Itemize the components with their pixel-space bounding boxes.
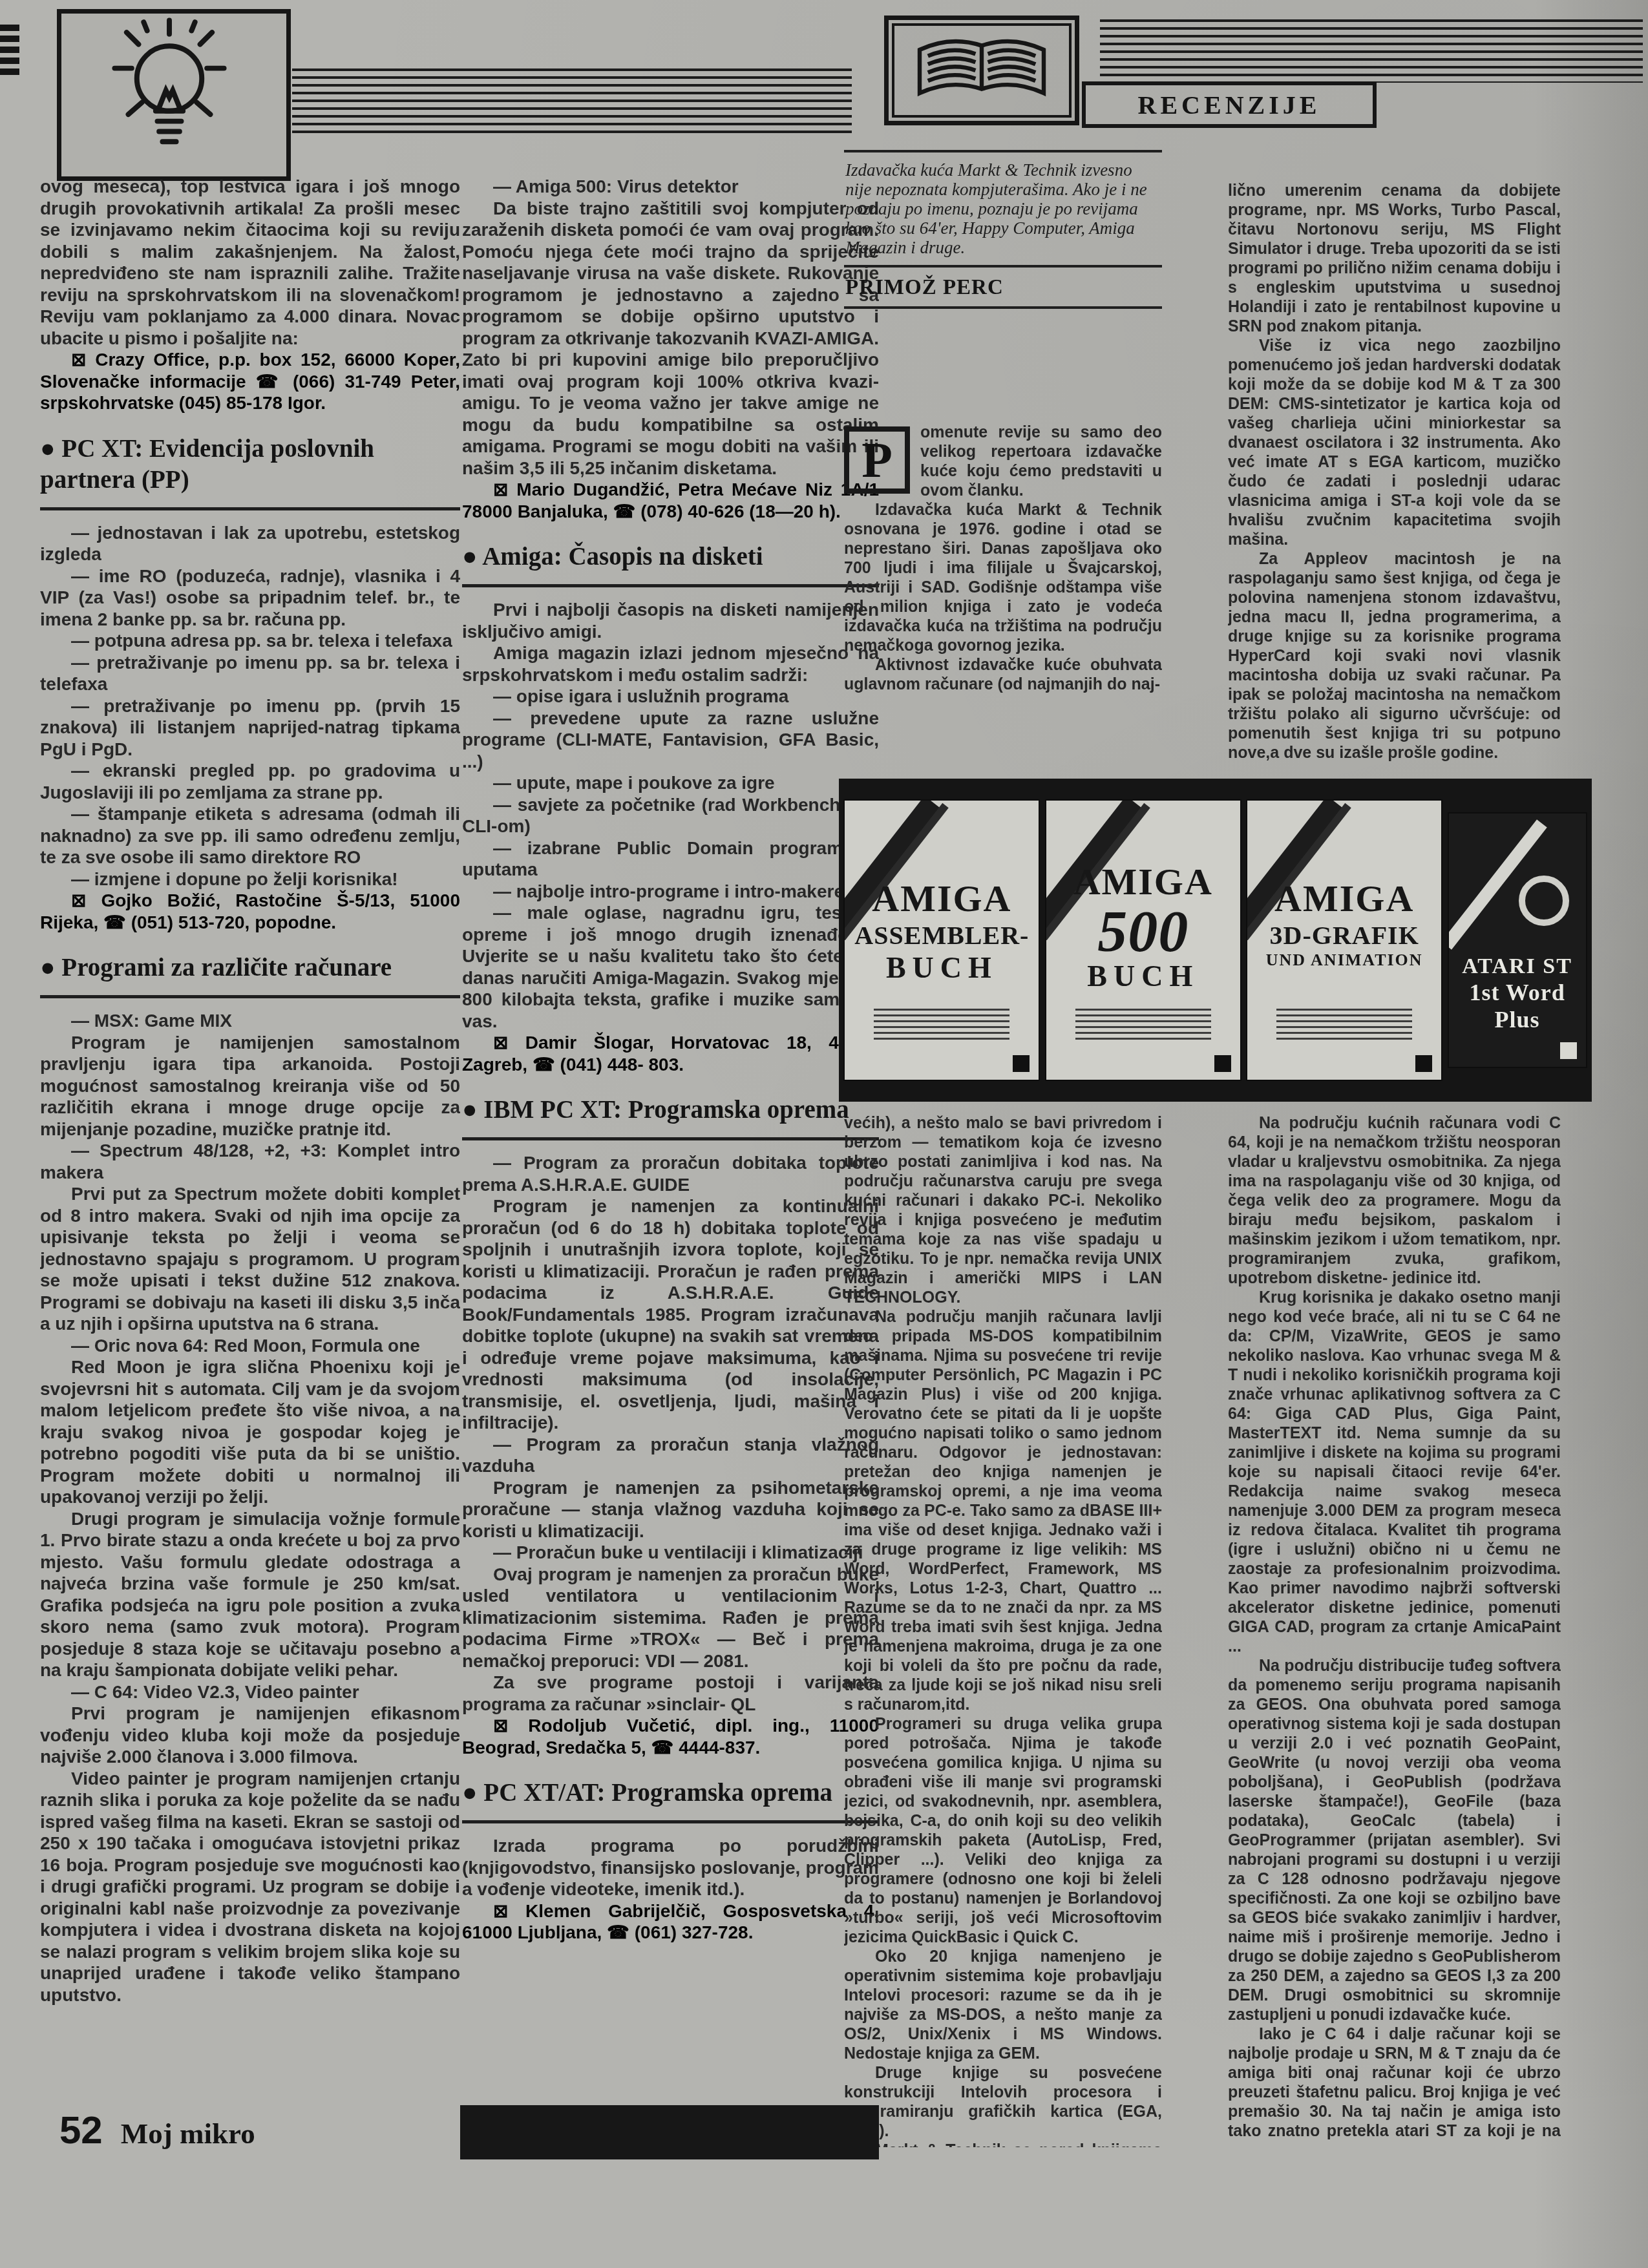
list-item: — MSX: Game MIX <box>40 1010 460 1032</box>
book-title: ATARI ST <box>1449 954 1586 979</box>
publisher-logo <box>1214 1055 1231 1072</box>
paragraph: Video painter je program namijenjen crta… <box>40 1768 460 2006</box>
section-heading: ● IBM PC XT: Programska oprema <box>462 1075 879 1140</box>
book-title: AMIGA <box>845 877 1039 920</box>
open-book-icon <box>901 29 1062 112</box>
bottom-black-bar <box>460 2105 879 2159</box>
cover-fineprint <box>1276 1009 1412 1042</box>
paragraph: Iako je C 64 i dalje računar koji se naj… <box>1228 2024 1561 2142</box>
tips-section-box <box>57 9 291 181</box>
paragraph: ovog meseca), top lestvica igara i još m… <box>40 176 460 349</box>
column-4-upper: lično umerenim cenama da dobijete progra… <box>1228 181 1561 774</box>
section-heading: ● Programi za različite računare <box>40 933 460 998</box>
contact-address: ⊠ Damir Šlogar, Horvatovac 18, 41000 Zag… <box>462 1032 879 1075</box>
list-item: — C 64: Video V2.3, Video painter <box>40 1681 460 1703</box>
list-item: — ime RO (poduzeća, radnje), vlasnika i … <box>40 565 460 631</box>
registration-marks <box>0 25 19 76</box>
publisher-logo <box>1013 1055 1030 1072</box>
contact-address: ⊠ Crazy Office, p.p. box 152, 66000 Kope… <box>40 349 460 414</box>
magazine-name: Moj mikro <box>121 2117 255 2150</box>
list-item: — Program za proračun dobitaka toplote p… <box>462 1152 879 1195</box>
paragraph: Program je namenjen za psihometarske pro… <box>462 1477 879 1542</box>
book-title: 3D-GRAFIK <box>1247 920 1441 950</box>
drop-cap-letter: P <box>861 450 893 470</box>
book-cover-amiga-500-buch: AMIGA 500 BUCH <box>1045 799 1241 1081</box>
list-item: — Amiga 500: Virus detektor <box>462 176 879 198</box>
column-4-lower: Na području kućnih računara vodi C 64, k… <box>1228 1113 1561 2142</box>
lead-paragraph: P omenute revije su samo deo velikog rep… <box>844 423 1162 500</box>
column-3-lower: većih), a nešto malo se bavi privredom i… <box>844 1113 1162 2147</box>
list-item: — izmjene i dopune po želji korisnika! <box>40 868 460 890</box>
paragraph: Na području kućnih računara vodi C 64, k… <box>1228 1113 1561 1288</box>
book-title: 1st Word Plus <box>1449 979 1586 1033</box>
article-intro: Izdavačka kuća Markt & Technik izvesno n… <box>844 152 1162 265</box>
page-footer: 52 Moj mikro <box>59 2108 255 2152</box>
list-item: — savjete za početnike (rad Workbenchom … <box>462 794 879 837</box>
reviews-section-box-inner <box>892 23 1072 118</box>
reviews-section-box <box>884 16 1079 125</box>
magazine-page-scan: RECENZIJE ovog meseca), top lestvica iga… <box>0 0 1648 2268</box>
paragraph: Markt & Technik se pored knjigama bavi i… <box>844 2141 1162 2147</box>
cover-fineprint <box>1075 1009 1211 1042</box>
paragraph: Za sve programe postoji i varijanta prog… <box>462 1672 879 1715</box>
paragraph: Ovaj program je namenjen za proračun buk… <box>462 1564 879 1672</box>
drop-cap: P <box>844 426 910 494</box>
section-label-text: RECENZIJE <box>1138 90 1321 120</box>
paragraph: lično umerenim cenama da dobijete progra… <box>1228 181 1561 336</box>
book-cover-atari-st-1st-word-plus: ATARI ST 1st Word Plus <box>1448 812 1587 1068</box>
list-item: — jednostavan i lak za upotrebu, estetsk… <box>40 522 460 565</box>
paragraph: Da biste trajno zaštitili svoj kompjuter… <box>462 198 879 479</box>
list-item: — Proračun buke u ventilaciji i klimatiz… <box>462 1542 879 1564</box>
list-item: — pretraživanje po imenu pp. (prvih 15 z… <box>40 695 460 761</box>
article-byline: PRIMOŽ PERC <box>844 268 1162 306</box>
paragraph: Krug korisnika je dakako osetno manji ne… <box>1228 1288 1561 1656</box>
paragraph: Izdavačka kuća Markt & Technik osnovana … <box>844 500 1162 655</box>
book-cover-amiga-3d-grafik: AMIGA 3D-GRAFIK UND ANIMATION <box>1246 799 1442 1081</box>
decorative-stripes-right <box>1100 19 1643 83</box>
contact-address: ⊠ Gojko Božić, Rastočine Š-5/13, 51000 R… <box>40 890 460 933</box>
cover-fineprint <box>874 1009 1009 1042</box>
lightbulb-icon <box>61 14 277 167</box>
list-item: — Program za proračun stanja vlažnog vaz… <box>462 1434 879 1477</box>
list-item: — najbolje intro-programe i intro-makere <box>462 881 879 903</box>
paragraph: Za Appleov macintosh je na raspolaganju … <box>1228 549 1561 762</box>
column-3-upper: Izdavačka kuća Markt & Technik izvesno n… <box>844 150 1162 775</box>
list-item: — upute, mape i poukove za igre <box>462 772 879 794</box>
contact-address: ⊠ Mario Dugandžić, Petra Mećave Niz 1A/1… <box>462 479 879 522</box>
paragraph: većih), a nešto malo se bavi privredom i… <box>844 1113 1162 1307</box>
section-label: RECENZIJE <box>1082 81 1377 128</box>
column-1: ovog meseca), top lestvica igara i još m… <box>40 176 460 2117</box>
paragraph: Amiga magazin izlazi jednom mjesečno na … <box>462 642 879 686</box>
paragraph: Druge knjige su posvećene konstrukciji I… <box>844 2063 1162 2141</box>
paragraph: Oko 20 knjiga namenjeno je operativnim s… <box>844 1947 1162 2063</box>
paragraph: Više iz vica nego zaozbiljno pomenućemo … <box>1228 336 1561 549</box>
contact-address: ⊠ Klemen Gabrijelčič, Gosposvetska 4, 61… <box>462 1900 879 1944</box>
paragraph: Drugi program je simulacija vožnje formu… <box>40 1508 460 1681</box>
paragraph: Prvi i najbolji časopis na disketi namij… <box>462 599 879 642</box>
list-item: — prevedene upute za razne uslužne progr… <box>462 708 879 773</box>
page-number: 52 <box>59 2108 103 2152</box>
paragraph: Program je namenjen za kontinualni prora… <box>462 1195 879 1434</box>
paragraph: Na području distribucije tuđeg softvera … <box>1228 1656 1561 2024</box>
book-cover-amiga-assembler-buch: AMIGA ASSEMBLER- BUCH <box>843 799 1040 1081</box>
cover-art <box>1519 876 1569 926</box>
publisher-logo <box>1560 1042 1577 1059</box>
list-item: — ekranski pregled pp. po gradovima u Ju… <box>40 760 460 803</box>
book-title: BUCH <box>845 950 1039 985</box>
paragraph: Red Moon je igra slična Phoenixu koji je… <box>40 1356 460 1508</box>
publisher-logo <box>1415 1055 1432 1072</box>
paragraph: Izrada programa po porudžbini (knjigovod… <box>462 1835 879 1900</box>
divider <box>844 306 1162 309</box>
paragraph: Prvi put za Spectrum možete dobiti kompl… <box>40 1183 460 1335</box>
paragraph: Aktivnost izdavačke kuće obuhvata uglavn… <box>844 655 1162 694</box>
list-item: — Spectrum 48/128, +2, +3: Komplet intro… <box>40 1140 460 1183</box>
section-heading: ● PC XT: Evidencija poslovnih partnera (… <box>40 414 460 510</box>
lead-paragraph-text: omenute revije su samo deo velikog reper… <box>920 423 1162 499</box>
book-covers-photo: AMIGA ASSEMBLER- BUCH AMIGA 500 BUCH AMI… <box>839 779 1592 1102</box>
contact-address: ⊠ Rodoljub Vučetić, dipl. ing., 11000 Be… <box>462 1715 879 1758</box>
book-title: UND ANIMATION <box>1247 950 1441 970</box>
list-item: — Oric nova 64: Red Moon, Formula one <box>40 1335 460 1357</box>
column-3-upper-text: Izdavačka kuća Markt & Technik osnovana … <box>844 500 1162 694</box>
list-item: — štampanje etiketa s adresama (odmah il… <box>40 803 460 868</box>
book-title: AMIGA <box>1046 860 1240 903</box>
list-item: — izabrane Public Domain programe s uput… <box>462 837 879 881</box>
paragraph: Na području manjih računara lavlji deo p… <box>844 1307 1162 1714</box>
list-item: — male oglase, nagradnu igru, testove op… <box>462 902 879 1032</box>
list-item: — pretraživanje po imenu pp. sa br. tele… <box>40 652 460 695</box>
list-item: — potpuna adresa pp. sa br. telexa i tel… <box>40 630 460 652</box>
book-title: ASSEMBLER- <box>845 920 1039 950</box>
column-2: — Amiga 500: Virus detektorDa biste traj… <box>462 176 879 2088</box>
section-heading: ● Amiga: Časopis na disketi <box>462 522 879 587</box>
paragraph: Programeri su druga velika grupa pored p… <box>844 1714 1162 1947</box>
paragraph: Program je namijenjen samostalnom pravlj… <box>40 1032 460 1140</box>
book-title: BUCH <box>1046 959 1240 993</box>
section-heading: ● PC XT/AT: Programska oprema <box>462 1758 879 1823</box>
book-title: AMIGA <box>1247 877 1441 920</box>
list-item: — opise igara i uslužnih programa <box>462 686 879 708</box>
book-title: 500 <box>1046 903 1240 959</box>
decorative-stripes-left <box>292 68 852 133</box>
paragraph: Prvi program je namijenjen efikasnom vođ… <box>40 1703 460 1768</box>
